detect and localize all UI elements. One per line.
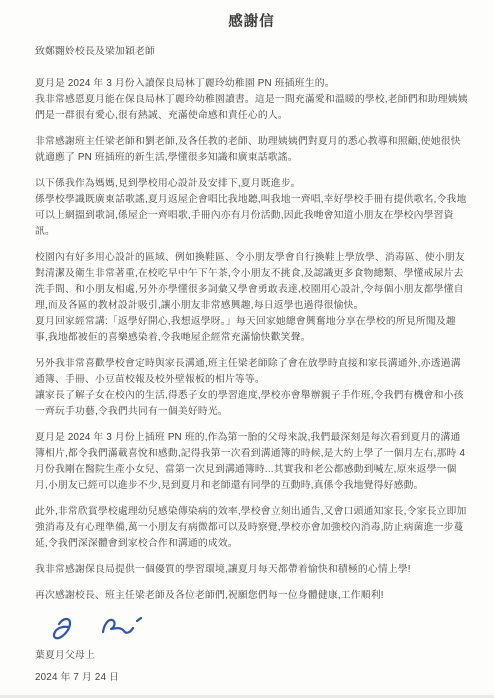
letter-paragraph: 夏月是 2024 年 3 月份入讀保良局林丁麗玲幼稚園 PN 班插班生的。 我非… (35, 76, 468, 124)
handwritten-signature-icon (45, 614, 185, 648)
letter-title: 感謝信 (35, 14, 468, 30)
date-line: 2024 年 7 月 24 日 (35, 670, 468, 686)
signer-line: 葉夏月父母上 (35, 648, 468, 664)
letter-paragraph: 夏月是 2024 年 3 月份上插班 PN 班的,作為第一胎的父母來說,我們最深… (35, 430, 468, 494)
letter-paragraph: 非常感謝班主任梁老師和劉老師,及各任教的老師、助理姨姨們對夏月的悉心教導和照顧,… (35, 134, 468, 166)
letter-paragraph: 我非常感謝保良局提供一個優質的學習環境,讓夏月每天都帶着愉快和積極的心情上學! (35, 562, 468, 578)
letter-page: 感謝信 致鄭翾姈校長及梁加穎老師 夏月是 2024 年 3 月份入讀保良局林丁麗… (0, 0, 494, 698)
recipient-line: 致鄭翾姈校長及梁加穎老師 (35, 44, 468, 60)
letter-paragraph: 另外我非常喜歡學校會定時與家長溝通,班主任梁老師除了會在放學時直接和家長溝通外,… (35, 356, 468, 420)
letter-paragraph: 校園內有好多用心設計的區域、例如換鞋區、令小朋友學會自行換鞋上學放學、消毒區、使… (35, 250, 468, 346)
letter-paragraph: 以下係我作為媽媽,見到學校用心設計及安排下,夏月既進步。 係學校學識既廣東話歌謠… (35, 176, 468, 240)
signature-block: 葉夏月父母上 2024 年 7 月 24 日 (35, 614, 468, 686)
letter-paragraph: 再次感謝校長、班主任梁老師及各位老師們,祝願您們每一位身體健康,工作順利! (35, 588, 468, 604)
letter-paragraph: 此外,非常欣賞學校處理幼兒感染傳染病的效率,學校會立刻出通告,又會口頭通知家長,… (35, 504, 468, 552)
letter-body: 夏月是 2024 年 3 月份入讀保良局林丁麗玲幼稚園 PN 班插班生的。 我非… (35, 76, 468, 604)
